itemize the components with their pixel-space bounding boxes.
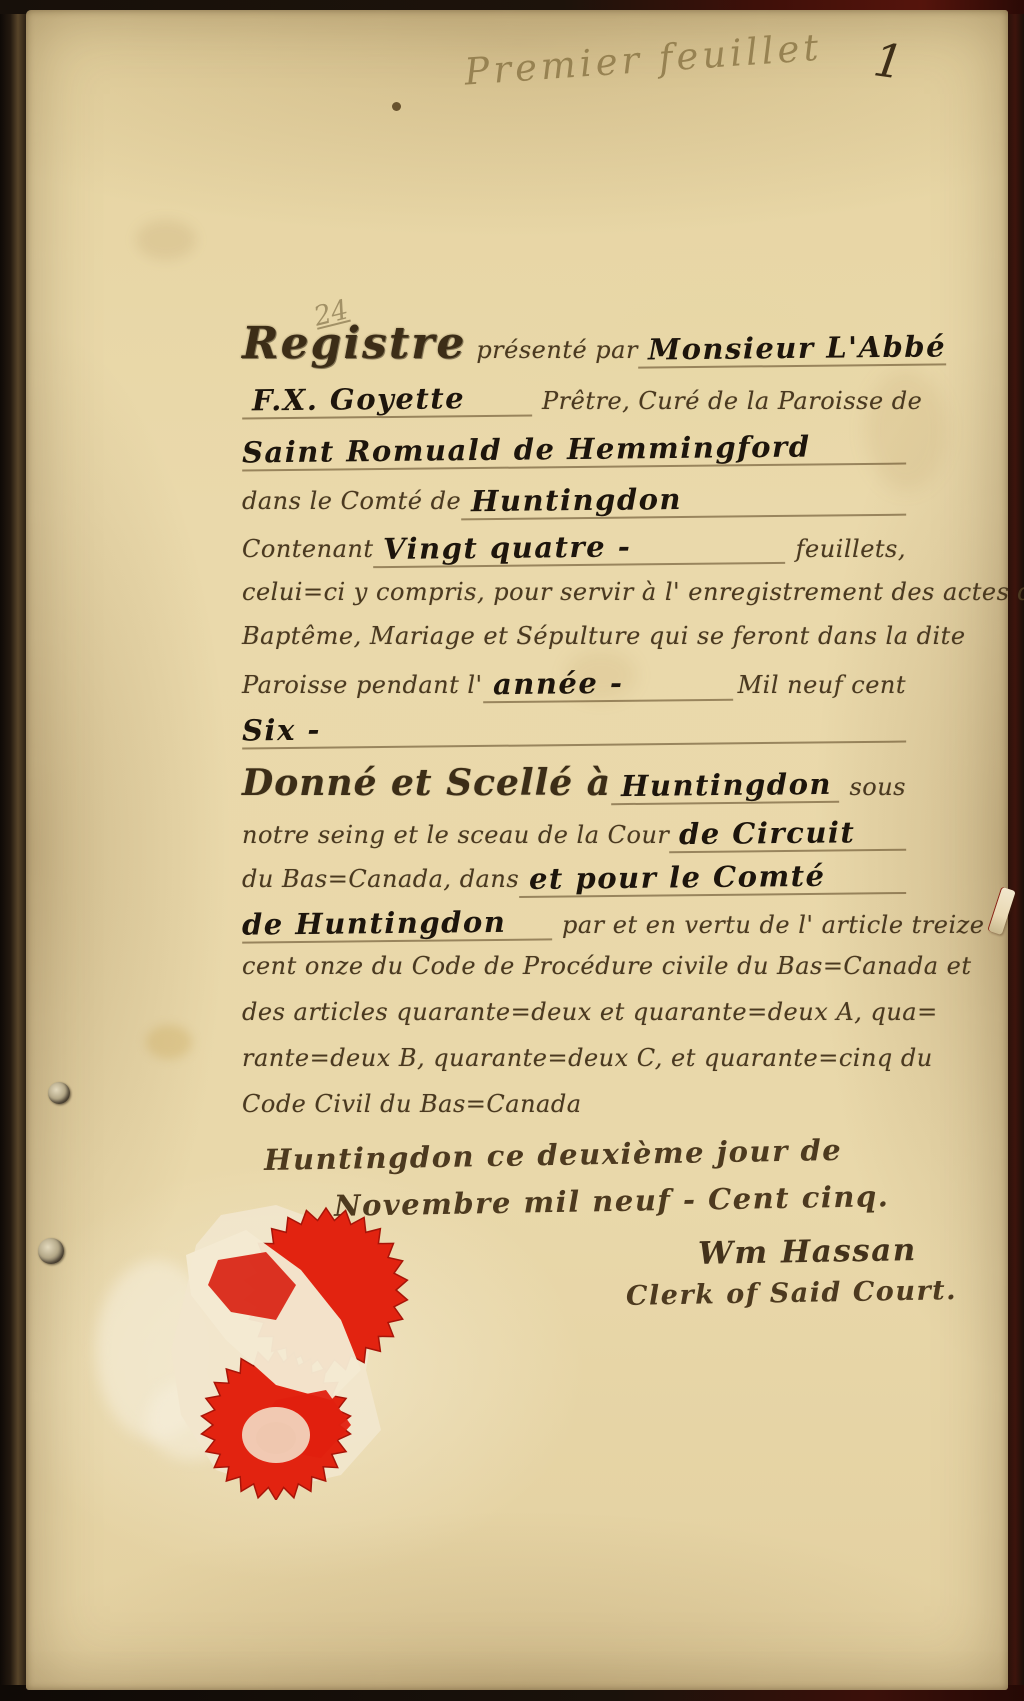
printed-text: Code Civil du Bas=Canada [242,1090,582,1118]
clerk-signature-title: Clerk of Said Court. [626,1275,958,1312]
form-line-7: Baptême, Mariage et Sépulture qui se fer… [242,622,906,650]
written-entry-priest-name: F.X. Goyette [242,380,532,419]
printed-text: dans le Comté de [242,487,461,515]
register-title: Registre [242,318,466,369]
form-line-6: celui=ci y compris, pour servir à l' enr… [242,578,906,606]
printed-text: feuillets, [786,535,906,563]
closing-place-date-line-1: Huntingdon ce deuxième jour de [264,1133,843,1177]
binding-hole [48,1082,70,1104]
printed-text: Prêtre, Curé de la Paroisse de [532,387,922,415]
printed-text: Donné et Scellé à [242,762,611,804]
written-entry-presenter: Monsieur L'Abbé [638,329,946,368]
printed-text: Mil neuf cent [738,671,906,699]
clerk-signature: Wm Hassan [698,1232,917,1272]
form-line-8: Paroisse pendant l' année - Mil neuf cen… [242,666,906,702]
form-line-5: Contenant Vingt quatre - feuillets, [242,530,906,566]
form-line-2: F.X. Goyette Prêtre, Curé de la Paroisse… [242,382,906,418]
written-entry-sheet-count: Vingt quatre - [373,528,785,568]
paper-stain [146,1025,192,1059]
form-line-16: rante=deux B, quarante=deux C, et quaran… [242,1044,906,1072]
written-entry-county: Huntingdon [461,480,906,521]
page-number: 1 [870,32,907,90]
printed-text: sous [839,773,906,801]
form-line-11: notre seing et le sceau de la Cour de Ci… [242,816,906,852]
printed-text: présenté par [466,336,638,364]
form-line-4: dans le Comté de Huntingdon [242,482,906,518]
register-page: Premier feuillet 1 24 Registre présenté … [26,10,1008,1690]
printed-text: celui=ci y compris, pour servir à l' enr… [242,578,1024,606]
form-line-14: cent onze du Code de Procédure civile du… [242,952,906,980]
red-wafer-seal [126,1200,436,1500]
printed-text: cent onze du Code de Procédure civile du… [242,952,972,980]
form-line-10: Donné et Scellé à Huntingdon sous [242,762,906,804]
form-line-1: Registre présenté par Monsieur L'Abbé [242,318,906,369]
written-entry-court: de Circuit [669,815,906,853]
written-entry-year: Six - [242,707,906,750]
printed-text: Paroisse pendant l' [242,671,483,699]
folio-label: Premier feuillet [463,21,885,93]
paper-stain [136,220,196,260]
written-entry-sealed-place: Huntingdon [611,767,840,805]
printed-text: du Bas=Canada, dans [242,865,519,893]
printed-text: Contenant [242,535,373,563]
form-line-15: des articles quarante=deux et quarante=d… [242,998,906,1026]
printed-text: Baptême, Mariage et Sépulture qui se fer… [242,622,966,650]
seal-center-tear-pink [256,1422,296,1454]
written-entry-county-2: de Huntingdon [242,904,552,943]
written-entry-district: et pour le Comté [519,858,906,898]
form-line-17: Code Civil du Bas=Canada [242,1090,906,1118]
form-line-12: du Bas=Canada, dans et pour le Comté [242,860,906,896]
printed-text: des articles quarante=deux et quarante=d… [242,998,938,1026]
form-line-3: Saint Romuald de Hemmingford [242,432,906,468]
form-line-9: Six - [242,710,906,746]
ink-speck [392,102,401,111]
binding-hole [38,1238,64,1264]
printed-text: rante=deux B, quarante=deux C, et quaran… [242,1044,933,1072]
printed-text: notre seing et le sceau de la Cour [242,821,669,849]
printed-text: par et en vertu de l' article treize [552,911,985,939]
written-entry-year-word: année - [482,665,732,704]
written-entry-parish: Saint Romuald de Hemmingford [242,429,906,472]
form-line-13: de Huntingdon par et en vertu de l' arti… [242,906,906,942]
